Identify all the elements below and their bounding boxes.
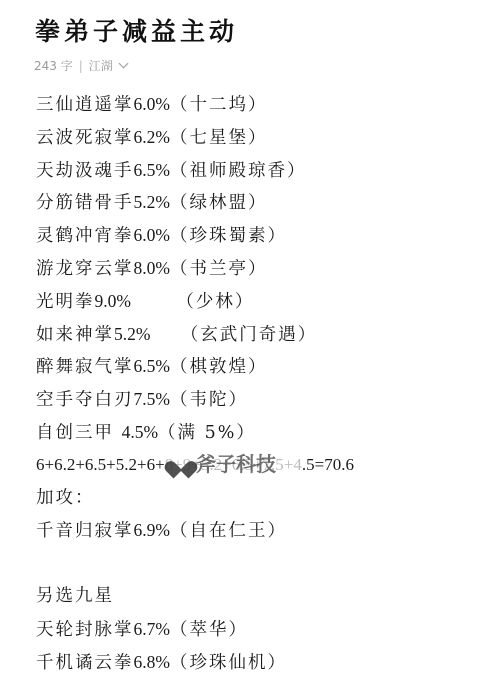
- skill-line: 醉舞寂气掌6.5%（棋敦煌）: [36, 350, 354, 383]
- skill-line: 千音归寂掌6.9%（自在仁王）: [36, 514, 354, 547]
- category-label: 江湖: [89, 57, 113, 74]
- skill-line: 三仙逍遥掌6.0%（十二坞）: [36, 88, 354, 121]
- article-title: 拳弟子减益主动: [35, 12, 238, 48]
- skill-line: 灵鹤冲宵拳6.0%（珍珠蜀素）: [36, 219, 354, 252]
- skill-line: 游龙穿云掌8.0%（书兰亭）: [36, 252, 354, 285]
- article-meta: 243 字 | 江湖: [34, 57, 127, 74]
- watermark: 斧子科技: [170, 448, 276, 477]
- skill-line: 分筋错骨手5.2%（绿林盟）: [36, 186, 354, 219]
- skill-line: 云波死寂掌6.2%（七星堡）: [36, 121, 354, 154]
- watermark-text: 斧子科技: [196, 448, 276, 477]
- skill-line: 千机谲云拳6.8%（珍珠仙机）: [36, 646, 354, 679]
- skill-line: 如来神掌5.2% （玄武门奇遇）: [36, 318, 354, 351]
- article-body: 三仙逍遥掌6.0%（十二坞） 云波死寂掌6.2%（七星堡） 天劫汲魂手6.5%（…: [36, 88, 354, 678]
- heart-logo-icon: [170, 454, 192, 472]
- category-dropdown[interactable]: 江湖: [89, 57, 127, 74]
- chevron-down-icon: [118, 59, 128, 69]
- alt-heading: 另选九星: [36, 580, 354, 613]
- skill-line: 光明拳9.0% （少林）: [36, 285, 354, 318]
- word-count: 243 字: [34, 57, 73, 74]
- skill-line: 天劫汲魂手6.5%（祖师殿琼香）: [36, 154, 354, 187]
- spacer: [36, 547, 354, 580]
- attack-heading: 加攻：: [36, 482, 354, 515]
- skill-line: 天轮封脉掌6.7%（萃华）: [36, 613, 354, 646]
- skill-line: 空手夺白刃7.5%（韦陀）: [36, 383, 354, 416]
- skill-line: 自创三甲 4.5%（满 5%）: [36, 416, 354, 449]
- meta-separator: |: [79, 59, 83, 73]
